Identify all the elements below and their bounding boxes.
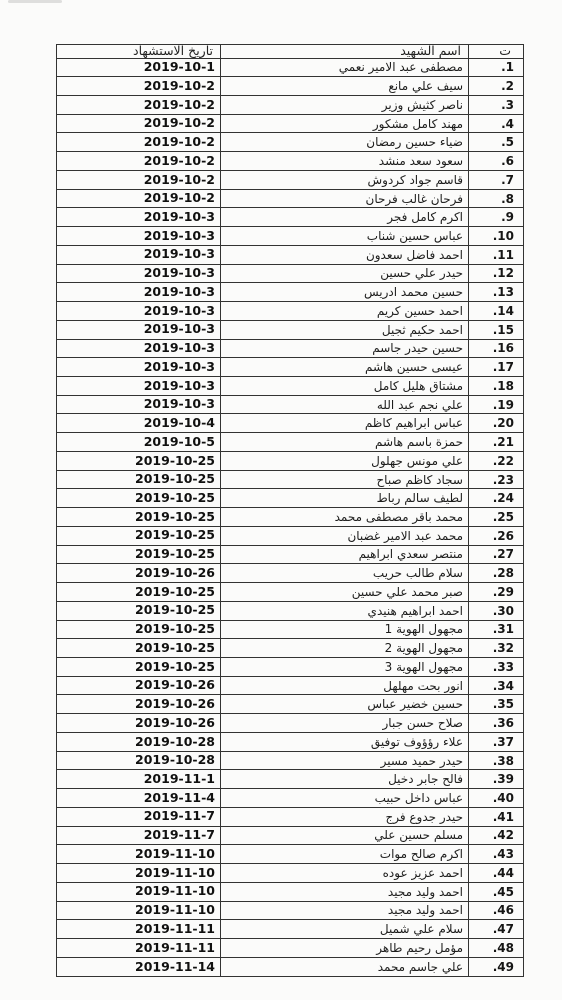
cell-date: 2019-10-25 [57, 489, 221, 508]
cell-name: احمد وليد مجيد [221, 901, 469, 920]
cell-date: 2019-10-26 [57, 564, 221, 583]
cell-index: 33. [469, 658, 524, 677]
scanned-document-page: ت اسم الشهيد تاريخ الاستشهاد 1.مصطفى عبد… [0, 0, 562, 1000]
cell-name: اكرم كامل فجر [221, 208, 469, 227]
cell-name: مجهول الهوية 1 [221, 620, 469, 639]
cell-index: 32. [469, 639, 524, 658]
cell-name: سيف علي مانع [221, 77, 469, 96]
cell-date: 2019-10-26 [57, 695, 221, 714]
cell-date: 2019-10-25 [57, 470, 221, 489]
cell-date: 2019-10-1 [57, 58, 221, 77]
cell-name: سجاد كاظم صباح [221, 470, 469, 489]
cell-index: 27. [469, 545, 524, 564]
cell-index: 45. [469, 882, 524, 901]
table-row: 16.حسين حيدر جاسم2019-10-3 [57, 339, 524, 358]
header-row: ت اسم الشهيد تاريخ الاستشهاد [57, 45, 524, 59]
table-row: 5.ضياء حسين رمضان2019-10-2 [57, 133, 524, 152]
cell-index: 39. [469, 770, 524, 789]
cell-index: 17. [469, 358, 524, 377]
cell-date: 2019-10-3 [57, 283, 221, 302]
cell-index: 14. [469, 302, 524, 321]
cell-name: حسين خضير عباس [221, 695, 469, 714]
cell-index: 6. [469, 152, 524, 171]
cell-name: عباس حسين شناب [221, 227, 469, 246]
cell-date: 2019-10-25 [57, 526, 221, 545]
header-cell-date: تاريخ الاستشهاد [57, 45, 221, 59]
table-row: 9.اكرم كامل فجر2019-10-3 [57, 208, 524, 227]
cell-index: 22. [469, 451, 524, 470]
cell-index: 40. [469, 789, 524, 808]
cell-date: 2019-10-2 [57, 170, 221, 189]
cell-date: 2019-10-5 [57, 433, 221, 452]
cell-index: 34. [469, 676, 524, 695]
cell-name: احمد حسين كريم [221, 302, 469, 321]
cell-name: حسين حيدر جاسم [221, 339, 469, 358]
cell-index: 48. [469, 939, 524, 958]
table-row: 4.مهند كامل مشكور2019-10-2 [57, 114, 524, 133]
cell-date: 2019-10-2 [57, 189, 221, 208]
table-row: 34.انور بحت مهلهل2019-10-26 [57, 676, 524, 695]
cell-date: 2019-10-25 [57, 620, 221, 639]
table-row: 25.محمد باقر مصطفى محمد2019-10-25 [57, 508, 524, 527]
table-row: 21.حمزة باسم هاشم2019-10-5 [57, 433, 524, 452]
cell-name: قاسم جواد كردوش [221, 170, 469, 189]
table-row: 48.مؤمل رحيم طاهر2019-11-11 [57, 939, 524, 958]
table-row: 42.مسلم حسين علي2019-11-7 [57, 826, 524, 845]
table-row: 22.علي مونس جهلول2019-10-25 [57, 451, 524, 470]
cell-date: 2019-11-1 [57, 770, 221, 789]
cell-name: سلام طالب حريب [221, 564, 469, 583]
cell-index: 16. [469, 339, 524, 358]
cell-date: 2019-10-25 [57, 658, 221, 677]
cell-name: مصطفى عبد الامير نعمي [221, 58, 469, 77]
cell-index: 37. [469, 732, 524, 751]
cell-index: 25. [469, 508, 524, 527]
cell-name: مشتاق هليل كامل [221, 376, 469, 395]
table-row: 13.حسين محمد ادريس2019-10-3 [57, 283, 524, 302]
cell-index: 42. [469, 826, 524, 845]
cell-date: 2019-10-3 [57, 339, 221, 358]
cell-index: 30. [469, 601, 524, 620]
cell-name: عباس داخل حبيب [221, 789, 469, 808]
table-row: 10.عباس حسين شناب2019-10-3 [57, 227, 524, 246]
cell-name: حيدر جدوع فرج [221, 807, 469, 826]
table-row: 14.احمد حسين كريم2019-10-3 [57, 302, 524, 321]
cell-name: احمد ابراهيم هنيدي [221, 601, 469, 620]
cell-index: 24. [469, 489, 524, 508]
cell-name: مؤمل رحيم طاهر [221, 939, 469, 958]
cell-index: 5. [469, 133, 524, 152]
cell-index: 44. [469, 864, 524, 883]
cell-name: احمد حكيم ثجيل [221, 320, 469, 339]
table-row: 37.علاء رؤؤوف توفيق2019-10-28 [57, 732, 524, 751]
header-cell-index: ت [469, 45, 524, 59]
cell-index: 9. [469, 208, 524, 227]
cell-date: 2019-10-3 [57, 302, 221, 321]
cell-date: 2019-10-2 [57, 77, 221, 96]
cell-index: 10. [469, 227, 524, 246]
table-row: 2.سيف علي مانع2019-10-2 [57, 77, 524, 96]
cell-name: مهند كامل مشكور [221, 114, 469, 133]
cell-name: فالح جابر دخيل [221, 770, 469, 789]
table-row: 33.مجهول الهوية 32019-10-25 [57, 658, 524, 677]
cell-index: 29. [469, 583, 524, 602]
cell-date: 2019-10-3 [57, 208, 221, 227]
cell-index: 41. [469, 807, 524, 826]
cell-index: 13. [469, 283, 524, 302]
cell-name: حيدر علي حسين [221, 264, 469, 283]
cell-date: 2019-11-11 [57, 939, 221, 958]
cell-name: احمد عزيز عوده [221, 864, 469, 883]
cell-index: 38. [469, 751, 524, 770]
cell-date: 2019-10-3 [57, 320, 221, 339]
cell-date: 2019-10-28 [57, 732, 221, 751]
cell-date: 2019-10-2 [57, 114, 221, 133]
cell-name: حمزة باسم هاشم [221, 433, 469, 452]
cell-date: 2019-10-4 [57, 414, 221, 433]
table-row: 18.مشتاق هليل كامل2019-10-3 [57, 376, 524, 395]
cell-index: 11. [469, 245, 524, 264]
cell-date: 2019-10-25 [57, 451, 221, 470]
cell-index: 23. [469, 470, 524, 489]
cell-index: 46. [469, 901, 524, 920]
cell-index: 49. [469, 957, 524, 976]
cell-name: سلام علي شميل [221, 920, 469, 939]
cell-date: 2019-11-10 [57, 845, 221, 864]
table-body: 1.مصطفى عبد الامير نعمي2019-10-12.سيف عل… [57, 58, 524, 977]
table-row: 20.عباس ابراهيم كاظم2019-10-4 [57, 414, 524, 433]
cell-date: 2019-11-10 [57, 864, 221, 883]
cell-name: محمد عبد الامير غضبان [221, 526, 469, 545]
cell-name: سعود سعد منشد [221, 152, 469, 171]
cell-date: 2019-11-10 [57, 901, 221, 920]
cell-date: 2019-11-7 [57, 826, 221, 845]
table-row: 44.احمد عزيز عوده2019-11-10 [57, 864, 524, 883]
cell-index: 15. [469, 320, 524, 339]
martyrs-table: ت اسم الشهيد تاريخ الاستشهاد 1.مصطفى عبد… [56, 44, 524, 977]
table-row: 46.احمد وليد مجيد2019-11-10 [57, 901, 524, 920]
table-row: 24.لطيف سالم رباط2019-10-25 [57, 489, 524, 508]
cell-index: 18. [469, 376, 524, 395]
cell-index: 4. [469, 114, 524, 133]
cell-index: 26. [469, 526, 524, 545]
table-row: 12.حيدر علي حسين2019-10-3 [57, 264, 524, 283]
cell-name: فرحان غالب فرحان [221, 189, 469, 208]
cell-index: 1. [469, 58, 524, 77]
cell-index: 43. [469, 845, 524, 864]
cell-date: 2019-10-25 [57, 508, 221, 527]
table-row: 3.ناصر كثيش وزير2019-10-2 [57, 95, 524, 114]
cell-name: علي مونس جهلول [221, 451, 469, 470]
cell-date: 2019-10-25 [57, 583, 221, 602]
cell-name: احمد وليد مجيد [221, 882, 469, 901]
table-row: 39.فالح جابر دخيل2019-11-1 [57, 770, 524, 789]
cell-name: انور بحت مهلهل [221, 676, 469, 695]
cell-date: 2019-10-3 [57, 245, 221, 264]
table-row: 32.مجهول الهوية 22019-10-25 [57, 639, 524, 658]
cell-date: 2019-10-3 [57, 395, 221, 414]
cell-name: احمد فاضل سعدون [221, 245, 469, 264]
cell-index: 8. [469, 189, 524, 208]
cell-name: ضياء حسين رمضان [221, 133, 469, 152]
cell-index: 28. [469, 564, 524, 583]
cell-date: 2019-11-4 [57, 789, 221, 808]
cell-date: 2019-10-3 [57, 358, 221, 377]
cell-index: 47. [469, 920, 524, 939]
cell-date: 2019-10-2 [57, 133, 221, 152]
cell-name: منتصر سعدي ابراهيم [221, 545, 469, 564]
table-row: 7.قاسم جواد كردوش2019-10-2 [57, 170, 524, 189]
cell-date: 2019-10-25 [57, 601, 221, 620]
cell-date: 2019-10-3 [57, 376, 221, 395]
cell-name: عباس ابراهيم كاظم [221, 414, 469, 433]
cell-index: 35. [469, 695, 524, 714]
cell-date: 2019-11-14 [57, 957, 221, 976]
cell-date: 2019-10-26 [57, 676, 221, 695]
cell-index: 20. [469, 414, 524, 433]
cell-index: 3. [469, 95, 524, 114]
cell-name: ناصر كثيش وزير [221, 95, 469, 114]
cell-date: 2019-10-2 [57, 95, 221, 114]
cell-index: 21. [469, 433, 524, 452]
cell-name: حيدر حميد مسير [221, 751, 469, 770]
table-header: ت اسم الشهيد تاريخ الاستشهاد [57, 45, 524, 59]
cell-date: 2019-10-3 [57, 264, 221, 283]
cell-name: علي جاسم محمد [221, 957, 469, 976]
table-row: 41.حيدر جدوع فرج2019-11-7 [57, 807, 524, 826]
cell-name: حسين محمد ادريس [221, 283, 469, 302]
cell-index: 31. [469, 620, 524, 639]
table-row: 40.عباس داخل حبيب2019-11-4 [57, 789, 524, 808]
table-row: 31.مجهول الهوية 12019-10-25 [57, 620, 524, 639]
table-row: 45.احمد وليد مجيد2019-11-10 [57, 882, 524, 901]
table-row: 27.منتصر سعدي ابراهيم2019-10-25 [57, 545, 524, 564]
table-row: 47.سلام علي شميل2019-11-11 [57, 920, 524, 939]
table-row: 26.محمد عبد الامير غضبان2019-10-25 [57, 526, 524, 545]
table-row: 1.مصطفى عبد الامير نعمي2019-10-1 [57, 58, 524, 77]
table-row: 6.سعود سعد منشد2019-10-2 [57, 152, 524, 171]
cell-index: 7. [469, 170, 524, 189]
cell-name: اكرم صالح موات [221, 845, 469, 864]
cell-name: علاء رؤؤوف توفيق [221, 732, 469, 751]
cell-name: صبر محمد علي حسين [221, 583, 469, 602]
table-row: 28.سلام طالب حريب2019-10-26 [57, 564, 524, 583]
cell-date: 2019-10-2 [57, 152, 221, 171]
table-row: 36.صلاح حسن جبار2019-10-26 [57, 714, 524, 733]
table-row: 19.علي نجم عبد الله2019-10-3 [57, 395, 524, 414]
table-row: 29.صبر محمد علي حسين2019-10-25 [57, 583, 524, 602]
table-row: 15.احمد حكيم ثجيل2019-10-3 [57, 320, 524, 339]
cell-date: 2019-10-26 [57, 714, 221, 733]
cell-date: 2019-10-28 [57, 751, 221, 770]
table-row: 8.فرحان غالب فرحان2019-10-2 [57, 189, 524, 208]
cell-date: 2019-11-10 [57, 882, 221, 901]
cell-name: مجهول الهوية 2 [221, 639, 469, 658]
cell-date: 2019-10-25 [57, 545, 221, 564]
cell-index: 12. [469, 264, 524, 283]
cell-name: علي نجم عبد الله [221, 395, 469, 414]
table-row: 17.عيسى حسين هاشم2019-10-3 [57, 358, 524, 377]
table-row: 30.احمد ابراهيم هنيدي2019-10-25 [57, 601, 524, 620]
cell-index: 19. [469, 395, 524, 414]
cell-name: لطيف سالم رباط [221, 489, 469, 508]
cell-date: 2019-11-11 [57, 920, 221, 939]
table-row: 11.احمد فاضل سعدون2019-10-3 [57, 245, 524, 264]
cell-index: 2. [469, 77, 524, 96]
table-row: 43.اكرم صالح موات2019-11-10 [57, 845, 524, 864]
cell-date: 2019-10-3 [57, 227, 221, 246]
cell-name: مسلم حسين علي [221, 826, 469, 845]
cell-index: 36. [469, 714, 524, 733]
table-row: 49.علي جاسم محمد2019-11-14 [57, 957, 524, 976]
cell-name: عيسى حسين هاشم [221, 358, 469, 377]
cell-name: صلاح حسن جبار [221, 714, 469, 733]
table-row: 23.سجاد كاظم صباح2019-10-25 [57, 470, 524, 489]
scan-artifact-mark [8, 0, 62, 3]
cell-date: 2019-11-7 [57, 807, 221, 826]
cell-date: 2019-10-25 [57, 639, 221, 658]
cell-name: محمد باقر مصطفى محمد [221, 508, 469, 527]
table-row: 35.حسين خضير عباس2019-10-26 [57, 695, 524, 714]
cell-name: مجهول الهوية 3 [221, 658, 469, 677]
header-cell-name: اسم الشهيد [221, 45, 469, 59]
table-row: 38.حيدر حميد مسير2019-10-28 [57, 751, 524, 770]
